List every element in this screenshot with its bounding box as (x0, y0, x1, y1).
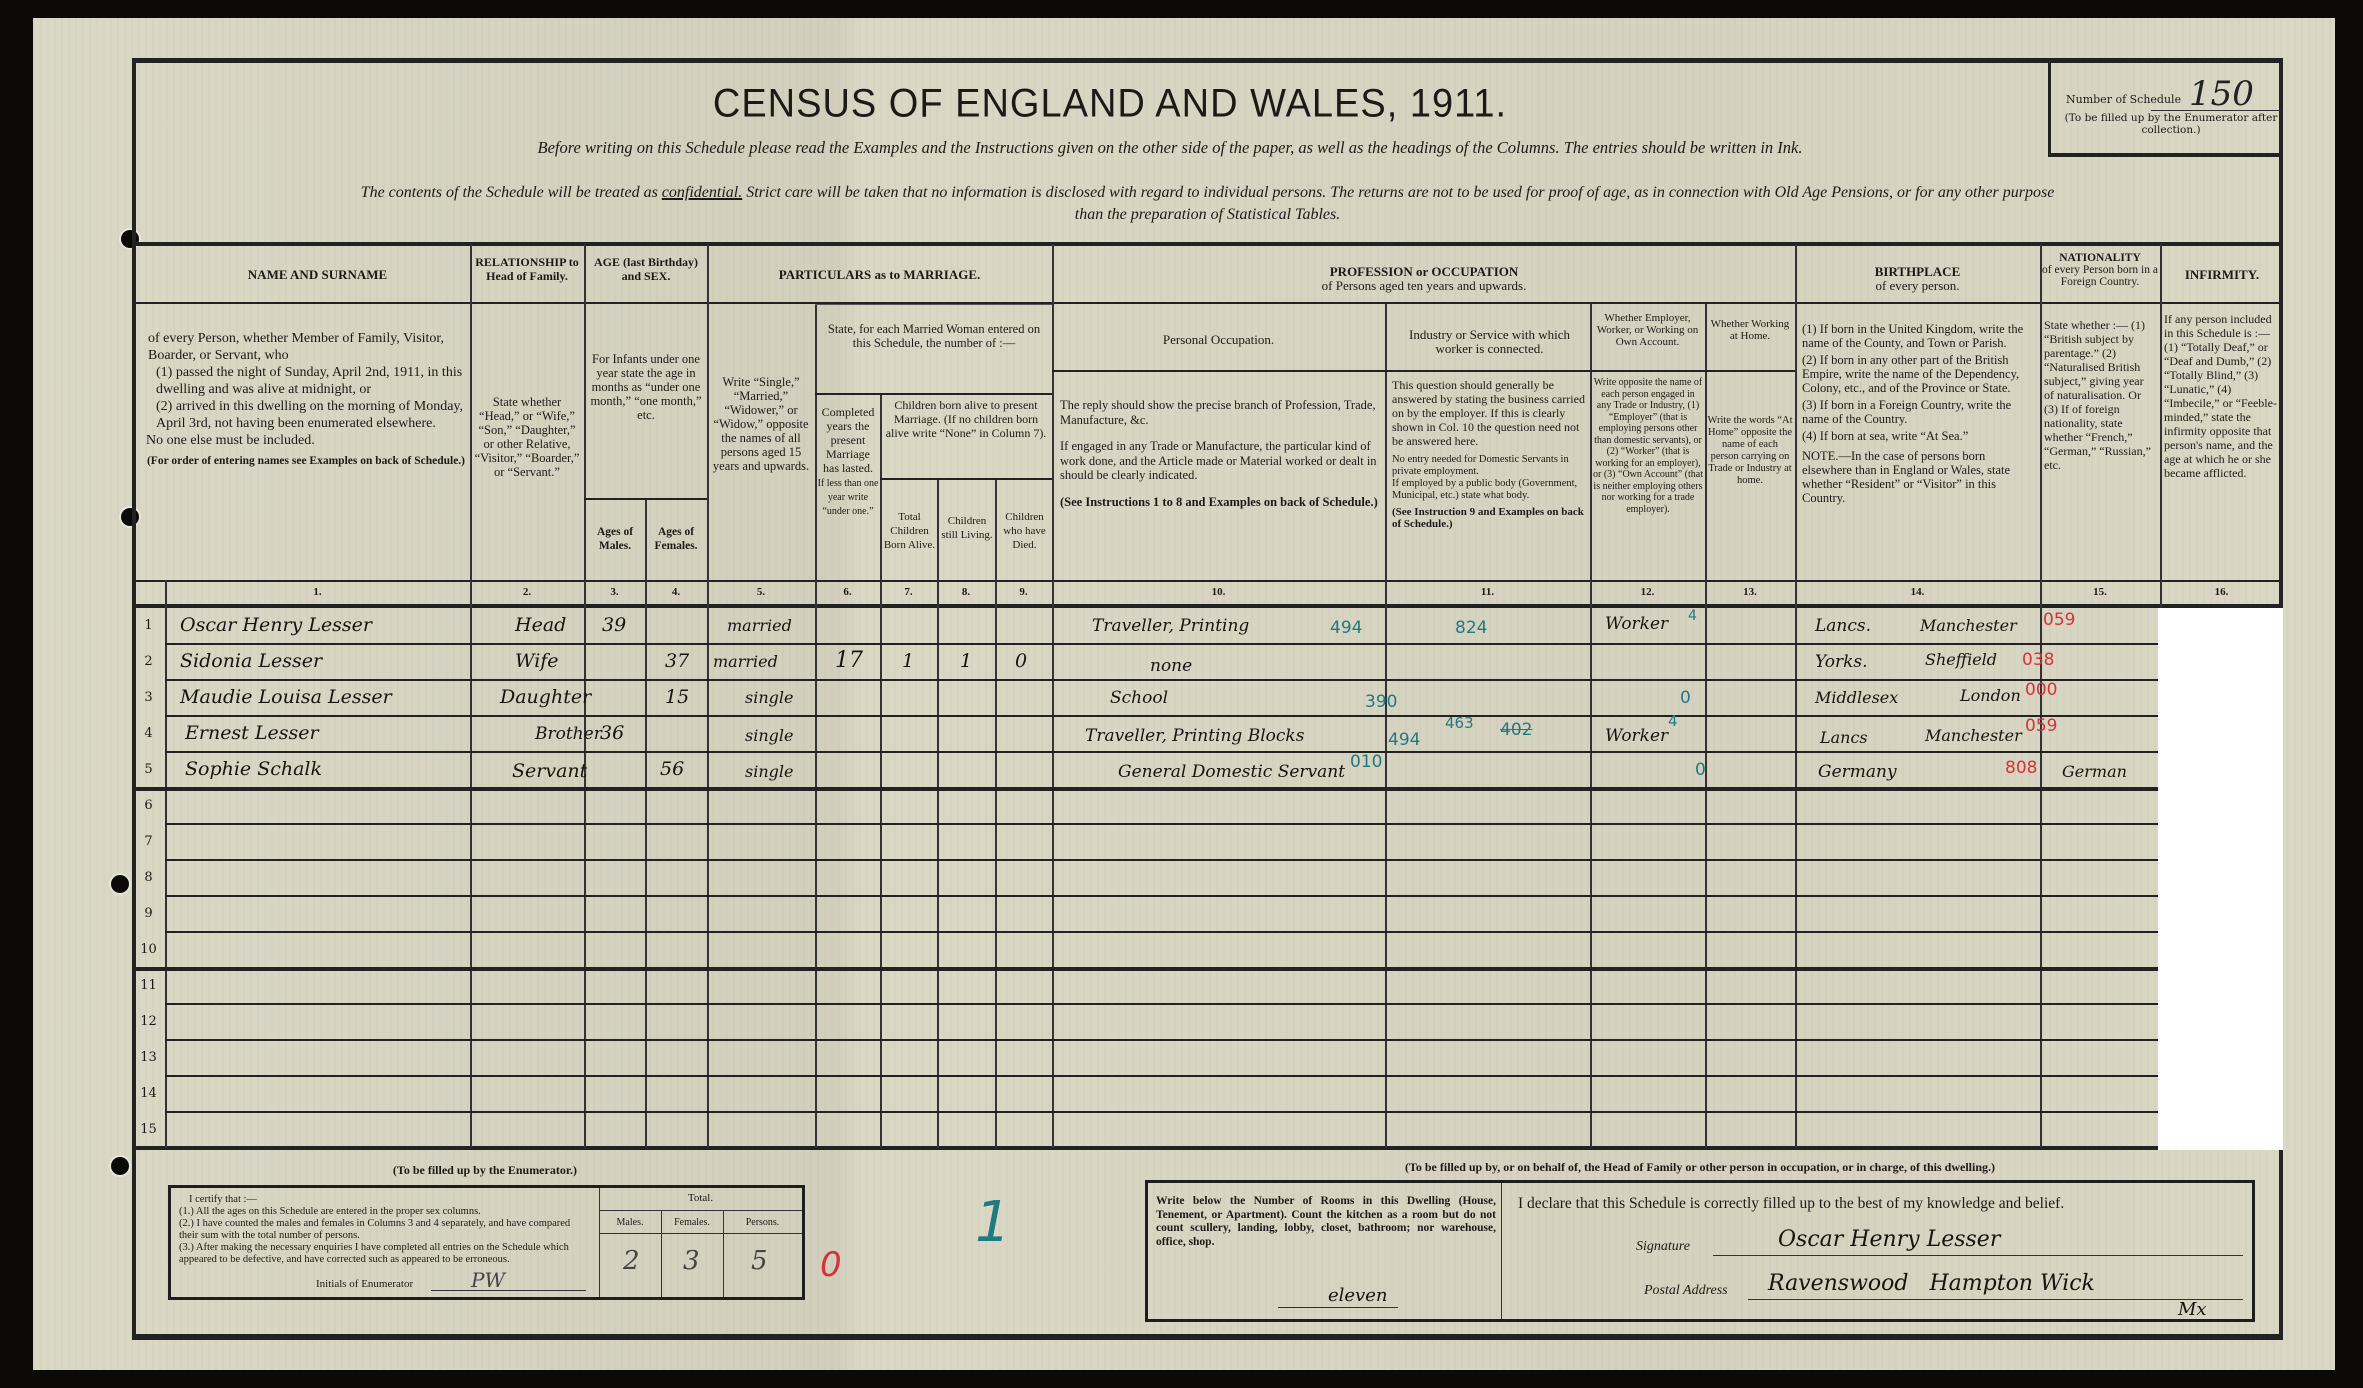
cell-employer-code: 0 (1695, 760, 1706, 780)
head-heading: (To be filled up by, or on behalf of, th… (1145, 1160, 2255, 1174)
cell-age-female[interactable]: 37 (665, 650, 689, 672)
head-box: Write below the Number of Rooms in this … (1145, 1180, 2255, 1322)
schedule-number-label: Number of Schedule (2066, 93, 2181, 106)
colnum-top-rule (132, 580, 2283, 582)
instr-at-home: Write the words “At Home” opposite the n… (1707, 415, 1793, 487)
cell-marital[interactable]: single (745, 688, 793, 707)
header-birthplace-sub: of every person. (1875, 278, 1959, 293)
cell-relationship[interactable]: Daughter (500, 686, 591, 708)
header-profession: PROFESSION or OCCUPATION of Persons aged… (1054, 265, 1794, 293)
ages-males-label: Ages of Males. (586, 525, 644, 553)
header-nationality: NATIONALITY of every Person born in a Fo… (2042, 252, 2158, 288)
married-woman-subrule (815, 393, 1052, 395)
persons-total[interactable]: 5 (751, 1246, 768, 1276)
cell-occupation[interactable]: none (1150, 656, 1192, 676)
header-marriage: PARTICULARS as to MARRIAGE. (709, 268, 1050, 282)
cell-children-total[interactable]: 1 (902, 650, 914, 672)
address-suffix[interactable]: Mx (2178, 1299, 2207, 1320)
cell-employer[interactable]: Worker (1605, 614, 1668, 634)
instr-years-married-main: Completed years the present Marriage has… (822, 405, 875, 475)
instr-birthplace-2: (2) If born in any other part of the Bri… (1802, 353, 2036, 395)
row-number: 11 (132, 978, 165, 993)
column-number: 11. (1385, 586, 1590, 598)
instr-infants: For Infants under one year state the age… (588, 352, 704, 422)
row-rule (132, 787, 2160, 791)
col-divider (880, 393, 882, 1148)
certify-item3: (3.) After making the necessary enquirie… (179, 1242, 589, 1266)
row-rule (165, 895, 2160, 897)
children-subrule (880, 478, 1052, 480)
header-profession-sub: of Persons aged ten years and upwards. (1322, 278, 1527, 293)
instr-name: of every Person, whether Member of Famil… (146, 330, 466, 468)
cell-employer-code: 0 (1680, 688, 1691, 708)
ages-females-label: Ages of Females. (647, 525, 705, 553)
header-personal-occupation: Personal Occupation. (1054, 333, 1383, 347)
certify-item2: (2.) I have counted the males and female… (179, 1218, 589, 1242)
row-rule (165, 1075, 2160, 1077)
colnum-bottom-rule (132, 604, 2283, 608)
enumerator-certify: I certify that :— (1.) All the ages on t… (179, 1194, 589, 1266)
cell-birthplace-county[interactable]: Middlesex (1815, 688, 1898, 707)
col-divider (165, 580, 167, 1148)
cell-industry-code: 824 (1455, 618, 1487, 638)
punch-hole (111, 875, 129, 893)
cell-employer-code: 4 (1668, 712, 1678, 730)
total-col-divider (723, 1210, 724, 1297)
column-number: 3. (584, 586, 645, 598)
age-subrule (584, 498, 707, 500)
cell-birthplace-county[interactable]: Lancs (1820, 728, 1868, 747)
cell-birthplace-county[interactable]: Lancs. (1815, 616, 1871, 636)
column-number: 5. (707, 586, 815, 598)
rooms-instruction: Write below the Number of Rooms in this … (1156, 1195, 1496, 1249)
married-woman-topline (815, 304, 1052, 305)
instr-industry: This question should generally be answer… (1392, 378, 1586, 530)
address-label: Postal Address (1644, 1283, 1728, 1299)
instr-occupation-1: The reply should show the precise branch… (1060, 398, 1380, 427)
persons-label: Persons. (723, 1216, 802, 1229)
row-number: 1 (132, 618, 165, 633)
cell-industry-code: 463 (1445, 714, 1474, 732)
instr-marital: Write “Single,” “Married,” “Widower,” or… (709, 375, 813, 473)
instr-industry-3: If employed by a public body (Government… (1392, 478, 1586, 502)
certify-intro: I certify that :— (179, 1194, 589, 1206)
cell-occ-code: 494 (1330, 618, 1362, 638)
header-children-died: Children who have Died. (997, 510, 1052, 552)
cell-birthplace-county[interactable]: Yorks. (1815, 652, 1868, 672)
row-number: 8 (132, 870, 165, 885)
initials-field[interactable]: PW (471, 1268, 505, 1292)
col-divider (1052, 244, 1054, 1148)
col-divider (1795, 244, 1797, 1148)
cell-birthplace-county[interactable]: Germany (1818, 762, 1897, 782)
rooms-divider (1501, 1183, 1502, 1319)
cell-birthplace-town[interactable]: Manchester (1925, 726, 2022, 745)
cell-occupation[interactable]: School (1110, 688, 1168, 708)
row-rule (165, 931, 2160, 933)
females-label: Females. (661, 1216, 723, 1229)
instr-name-2: (2) arrived in this dwelling on the morn… (146, 398, 466, 432)
row-rule (165, 679, 2160, 681)
red-mark: 0 (820, 1245, 842, 1285)
confidential-pre: The contents of the Schedule will be tre… (361, 184, 662, 201)
cell-birthplace-town[interactable]: Sheffield (1925, 650, 1997, 669)
instr-industry-2: No entry needed for Domestic Servants in… (1392, 454, 1586, 478)
header-children-living: Children still Living. (939, 514, 995, 542)
row-number: 10 (132, 942, 165, 957)
schedule-number-box: Number of Schedule 150 (To be filled up … (2048, 60, 2283, 157)
row-number: 14 (132, 1086, 165, 1101)
row-rule (132, 967, 2160, 971)
header-age: AGE (last Birthday) and SEX. (586, 255, 706, 283)
cell-relationship[interactable]: Wife (515, 650, 559, 672)
col-divider (1385, 304, 1387, 1148)
redacted-infirmity-column (2158, 608, 2283, 1150)
cell-children-living[interactable]: 1 (960, 650, 972, 672)
col-divider (995, 478, 997, 1148)
cell-children-died[interactable]: 0 (1015, 650, 1027, 672)
header-employer: Whether Employer, Worker, or Working on … (1592, 312, 1703, 348)
row-number: 7 (132, 834, 165, 849)
males-label: Males. (599, 1216, 661, 1229)
header-relationship: RELATIONSHIP to Head of Family. (472, 255, 582, 283)
confidential-line2: than the preparation of Statistical Tabl… (1075, 206, 1341, 223)
column-number: 16. (2160, 586, 2283, 598)
instr-industry-4: (See Instruction 9 and Examples on back … (1392, 506, 1586, 530)
cell-birthplace-code: 808 (2005, 758, 2037, 778)
row-number: 13 (132, 1050, 165, 1065)
column-number: 12. (1590, 586, 1705, 598)
header-birthplace: BIRTHPLACE of every person. (1797, 265, 2038, 293)
instr-employer: Write opposite the name of each person e… (1593, 377, 1703, 515)
cell-age-male[interactable]: 36 (600, 722, 624, 744)
instr-occupation-3: (See Instructions 1 to 8 and Examples on… (1060, 495, 1380, 510)
header-nationality-title: NATIONALITY (2059, 252, 2141, 264)
row-rule (165, 859, 2160, 861)
cell-marital[interactable]: married (713, 652, 778, 671)
cell-name[interactable]: Maudie Louisa Lesser (180, 686, 392, 708)
row-number: 4 (132, 726, 165, 741)
signature-label: Signature (1636, 1239, 1690, 1255)
instruction-text: Before writing on this Schedule please r… (300, 138, 2040, 158)
column-number: 8. (937, 586, 995, 598)
header-name: NAME AND SURNAME (165, 268, 470, 282)
cell-name[interactable]: Ernest Lesser (185, 722, 319, 744)
cell-employer[interactable]: Worker (1605, 726, 1668, 746)
initials-line (431, 1290, 586, 1291)
instr-industry-1: This question should generally be answer… (1392, 378, 1586, 448)
certify-item1: (1.) All the ages on this Schedule are e… (179, 1206, 589, 1218)
instr-birthplace-3: (3) If born in a Foreign Country, write … (1802, 398, 2036, 426)
instr-occupation-2: If engaged in any Trade or Manufacture, … (1060, 439, 1380, 483)
header-total-children: Total Children Born Alive. (882, 510, 937, 552)
header-at-home: Whether Working at Home. (1707, 318, 1793, 342)
row-number: 6 (132, 798, 165, 813)
instr-years-married: Completed years the present Marriage has… (817, 405, 879, 517)
page-title: CENSUS OF ENGLAND AND WALES, 1911. (600, 82, 1620, 127)
males-total[interactable]: 2 (623, 1246, 640, 1276)
instr-relationship: State whether “Head,” or “Wife,” “Son,” … (474, 395, 580, 479)
header-nationality-sub: of every Person born in a Foreign Countr… (2042, 264, 2158, 288)
row-number: 9 (132, 906, 165, 921)
confidential-post: Strict care will be taken that no inform… (742, 184, 2054, 201)
col-divider (937, 478, 939, 1148)
row-rule (165, 1003, 2160, 1005)
instr-birthplace: (1) If born in the United Kingdom, write… (1802, 322, 2036, 505)
row-number: 2 (132, 654, 165, 669)
header-profession-title: PROFESSION or OCCUPATION (1330, 264, 1519, 279)
row-number: 12 (132, 1014, 165, 1029)
signature-line (1713, 1255, 2243, 1256)
instr-infirmity: If any person included in this Schedule … (2164, 312, 2280, 480)
col-divider (1590, 304, 1592, 1148)
cell-birthplace-town[interactable]: Manchester (1920, 616, 2017, 635)
cell-birthplace-code: 059 (2025, 716, 2057, 736)
column-number: 1. (165, 586, 470, 598)
cell-occupation[interactable]: Traveller, Printing (1092, 616, 1249, 636)
row-rule (165, 643, 2160, 645)
schedule-number-note: (To be filled up by the Enumerator after… (2061, 112, 2281, 136)
cell-name[interactable]: Sidonia Lesser (180, 650, 322, 672)
header-industry: Industry or Service with which worker is… (1392, 328, 1587, 356)
instr-nationality: State whether :— (1) “British subject by… (2044, 318, 2156, 472)
column-number: 4. (645, 586, 707, 598)
cell-industry-code-struck: 402 (1500, 720, 1532, 740)
cell-employer-code: 4 (1688, 608, 1697, 624)
address-line (1748, 1299, 2243, 1300)
cell-name[interactable]: Oscar Henry Lesser (180, 614, 372, 636)
col-divider (470, 244, 472, 1148)
column-number: 6. (815, 586, 880, 598)
cell-age-female[interactable]: 15 (665, 686, 689, 708)
total-label: Total. (599, 1192, 802, 1205)
row-number: 15 (132, 1122, 165, 1137)
column-number: 2. (470, 586, 584, 598)
enumerator-box: I certify that :— (1.) All the ages on t… (168, 1185, 805, 1300)
cell-marital[interactable]: married (727, 616, 792, 635)
cell-birthplace-code: 059 (2043, 610, 2075, 630)
females-total[interactable]: 3 (683, 1246, 700, 1276)
column-number: 7. (880, 586, 937, 598)
row-number: 5 (132, 762, 165, 777)
schedule-number-field[interactable]: 150 (2189, 74, 2254, 114)
cell-years-married[interactable]: 17 (835, 648, 863, 673)
blue-mark: 1 (975, 1190, 1011, 1255)
punch-hole (111, 1157, 129, 1175)
row-rule (165, 1111, 2160, 1113)
cell-occ-code: 010 (1350, 752, 1382, 772)
total-rule (599, 1210, 802, 1211)
cell-age-female[interactable]: 56 (660, 758, 684, 780)
rooms-line (1278, 1307, 1398, 1308)
row-rule (165, 1039, 2160, 1041)
total-col-divider (661, 1210, 662, 1297)
header-married-woman: State, for each Married Woman entered on… (818, 322, 1050, 350)
enumerator-heading: (To be filled up by the Enumerator.) (165, 1163, 805, 1177)
rooms-field[interactable]: eleven (1328, 1285, 1387, 1306)
instr-name-intro: of every Person, whether Member of Famil… (146, 330, 466, 364)
row-rule (165, 823, 2160, 825)
column-number: 15. (2040, 586, 2160, 598)
cell-occ-code: 494 (1388, 730, 1420, 750)
column-number: 14. (1795, 586, 2040, 598)
instr-birthplace-4: (4) If born at sea, write “At Sea.” (1802, 429, 2036, 443)
cell-occupation[interactable]: Traveller, Printing Blocks (1085, 726, 1304, 746)
header-divider (132, 302, 2283, 304)
column-number: 9. (995, 586, 1052, 598)
initials-label: Initials of Enumerator (316, 1278, 413, 1291)
cell-age-male[interactable]: 39 (602, 614, 626, 636)
cell-relationship[interactable]: Servant (512, 760, 587, 782)
header-children-alive: Children born alive to present Marriage.… (882, 398, 1050, 440)
instr-birthplace-note: NOTE.—In the case of persons born elsewh… (1802, 449, 2036, 505)
instr-name-4: (For order of entering names see Example… (146, 455, 466, 468)
signature-field[interactable]: Oscar Henry Lesser (1778, 1227, 2000, 1252)
table-bottom-rule (132, 1146, 2283, 1150)
instr-years-married-note: If less than one year write “under one.” (818, 478, 879, 517)
cell-industry-code: 390 (1365, 692, 1397, 712)
header-birthplace-title: BIRTHPLACE (1875, 264, 1961, 279)
column-number: 10. (1052, 586, 1385, 598)
confidential-word: confidential. (662, 184, 742, 201)
instr-birthplace-1: (1) If born in the United Kingdom, write… (1802, 322, 2036, 350)
address-field[interactable]: Ravenswood Hampton Wick (1768, 1271, 2095, 1296)
cell-relationship[interactable]: Brother (535, 724, 602, 744)
cell-marital[interactable]: single (745, 726, 793, 745)
cell-nationality[interactable]: German (2062, 762, 2127, 781)
confidential-notice: The contents of the Schedule will be tre… (140, 182, 2275, 226)
row-rule (165, 751, 2160, 753)
cell-birthplace-town[interactable]: London (1960, 686, 2021, 705)
cell-occupation[interactable]: General Domestic Servant (1118, 762, 1345, 782)
cell-birthplace-code: 038 (2022, 650, 2054, 670)
cell-birthplace-code: 000 (2025, 680, 2057, 700)
row-number: 3 (132, 690, 165, 705)
row-rule (165, 715, 2160, 717)
declaration: I declare that this Schedule is correctl… (1518, 1195, 2238, 1213)
instr-name-3: No one else must be included. (146, 432, 466, 449)
instr-name-1: (1) passed the night of Sunday, April 2n… (146, 364, 466, 398)
occupation-subrule (1052, 370, 1795, 372)
cell-marital[interactable]: single (745, 762, 793, 781)
instr-occupation: The reply should show the precise branch… (1060, 398, 1380, 509)
header-infirmity: INFIRMITY. (2162, 268, 2282, 282)
cell-relationship[interactable]: Head (515, 614, 566, 636)
table-top-rule (132, 242, 2283, 246)
column-number: 13. (1705, 586, 1795, 598)
cell-name[interactable]: Sophie Schalk (185, 758, 322, 780)
total-rule (599, 1233, 802, 1234)
